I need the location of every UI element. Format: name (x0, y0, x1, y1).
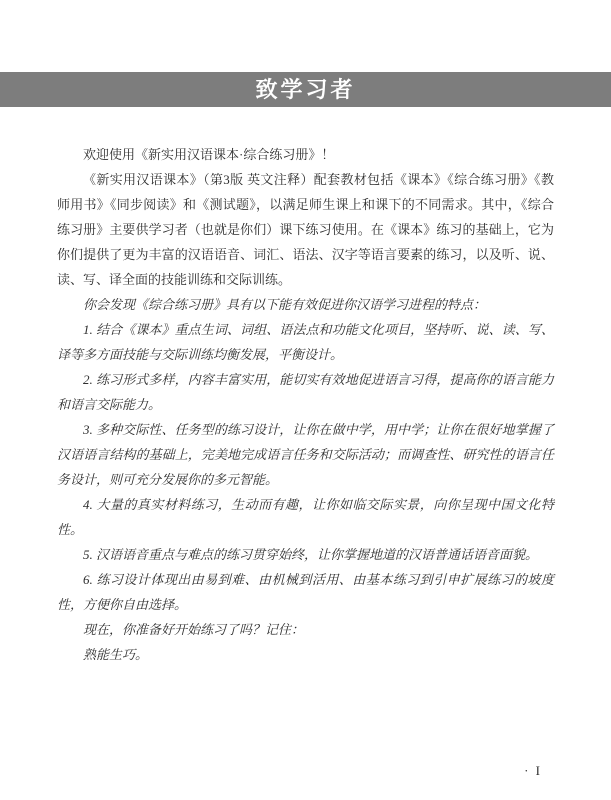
feature-item-4: 4. 大量的真实材料练习，生动而有趣，让你如临交际实景，向你呈现中国文化特性。 (57, 492, 554, 542)
feature-item-6: 6. 练习设计体现出由易到难、由机械到活用、由基本练习到引申扩展练习的坡度性，方… (57, 567, 554, 617)
feature-item-5: 5. 汉语语音重点与难点的练习贯穿始终，让你掌握地道的汉语普通话语音面貌。 (57, 542, 554, 567)
section-title: 致学习者 (255, 78, 355, 101)
feature-item-2: 2. 练习形式多样，内容丰富实用，能切实有效地促进语言习得，提高你的语言能力和语… (57, 367, 554, 417)
preface-text: 欢迎使用《新实用汉语课本·综合练习册》！ 《新实用汉语课本》（第3版 英文注释）… (57, 142, 554, 667)
paragraph-motto: 熟能生巧。 (57, 642, 554, 667)
page-number: · I (524, 763, 542, 779)
feature-item-1: 1. 结合《课本》重点生词、词组、语法点和功能文化项目，坚持听、说、读、写、译等… (57, 317, 554, 367)
book-page: 致学习者 欢迎使用《新实用汉语课本·综合练习册》！ 《新实用汉语课本》（第3版 … (0, 0, 611, 800)
feature-item-3: 3. 多种交际性、任务型的练习设计，让你在做中学，用中学；让你在很好地掌握了汉语… (57, 417, 554, 492)
paragraph-features-lead: 你会发现《综合练习册》具有以下能有效促进你汉语学习进程的特点： (57, 292, 554, 317)
paragraph-welcome: 欢迎使用《新实用汉语课本·综合练习册》！ (57, 142, 554, 167)
paragraph-closing-question: 现在，你准备好开始练习了吗？记住： (57, 617, 554, 642)
paragraph-series-intro: 《新实用汉语课本》（第3版 英文注释）配套教材包括《课本》《综合练习册》《教师用… (57, 167, 554, 292)
section-header-bar: 致学习者 (0, 72, 611, 107)
